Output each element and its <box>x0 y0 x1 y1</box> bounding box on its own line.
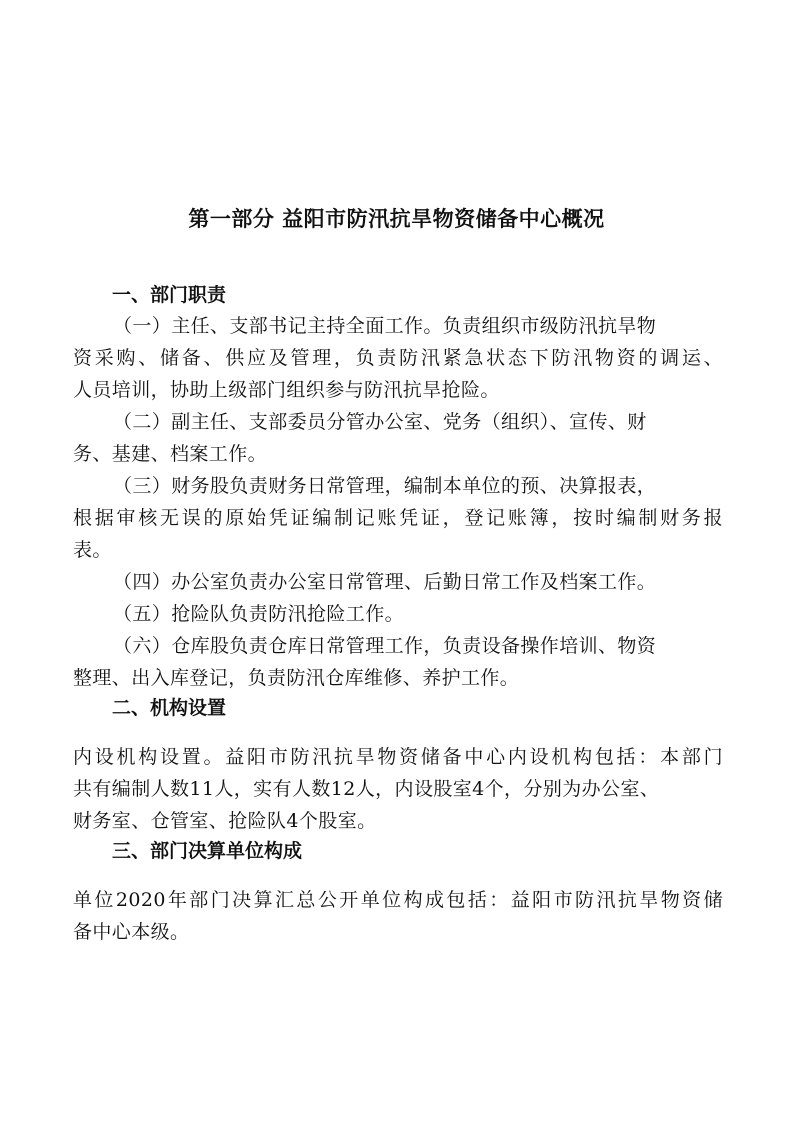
section-heading-organization: 二、机构设置 <box>112 693 226 720</box>
paragraph-line: （五）抢险队负责防汛抢险工作。 <box>113 599 763 626</box>
paragraph-line: 备中心本级。 <box>73 917 723 944</box>
paragraph-line: 整理、出入库登记，负责防汛仓库维修、养护工作。 <box>73 663 723 690</box>
page-title: 第一部分 益阳市防汛抗旱物资储备中心概况 <box>0 203 793 233</box>
paragraph-line: 资采购、储备、供应及管理，负责防汛紧急状态下防汛物资的调运、 <box>73 343 723 370</box>
document-page: 第一部分 益阳市防汛抗旱物资储备中心概况 一、部门职责 （一）主任、支部书记主持… <box>0 0 793 1122</box>
paragraph-line: 人员培训，协助上级部门组织参与防汛抗旱抢险。 <box>73 375 723 402</box>
paragraph-line: 共有编制人数11人，实有人数12人，内设股室4个，分别为办公室、 <box>73 774 723 801</box>
paragraph-line: （二）副主任、支部委员分管办公室、党务（组织）、宣传、财 <box>113 407 723 434</box>
section-heading-duties: 一、部门职责 <box>112 280 226 307</box>
paragraph-line: （四）办公室负责办公室日常管理、后勤日常工作及档案工作。 <box>113 567 763 594</box>
paragraph-line: 务、基建、档案工作。 <box>73 439 723 466</box>
paragraph-line: （一）主任、支部书记主持全面工作。负责组织市级防汛抗旱物 <box>113 311 723 338</box>
paragraph-line: 财务室、仓管室、抢险队4个股室。 <box>73 806 723 833</box>
paragraph-line: 单位2020年部门决算汇总公开单位构成包括：益阳市防汛抗旱物资储 <box>73 885 723 912</box>
paragraph-line: （六）仓库股负责仓库日常管理工作，负责设备操作培训、物资 <box>113 631 723 658</box>
paragraph-line: （三）财务股负责财务日常管理，编制本单位的预、决算报表， <box>113 471 723 498</box>
paragraph-line: 根据审核无误的原始凭证编制记账凭证，登记账簿，按时编制财务报 <box>73 503 723 530</box>
paragraph-line: 内设机构设置。益阳市防汛抗旱物资储备中心内设机构包括：本部门 <box>73 742 723 769</box>
paragraph-line: 表。 <box>73 535 723 562</box>
section-heading-units: 三、部门决算单位构成 <box>112 836 302 863</box>
